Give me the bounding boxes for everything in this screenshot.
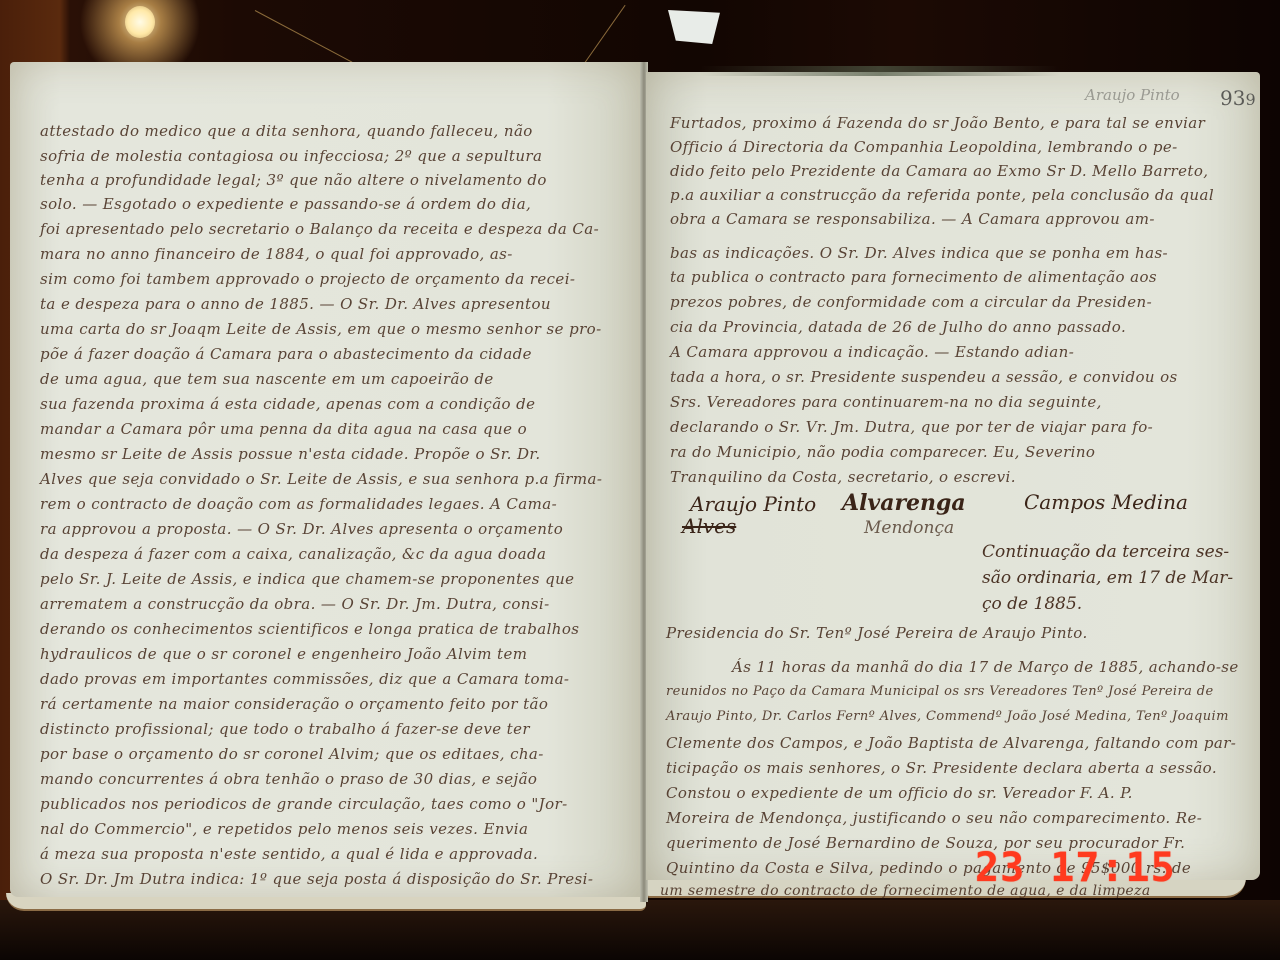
right-line: obra a Camara se responsabiliza. — A Cam… xyxy=(670,210,1155,228)
left-line: rá certamente na maior consideração o or… xyxy=(40,695,548,713)
body-line: ticipação os mais senhores, o Sr. Presid… xyxy=(666,759,1217,777)
signature-campos-medina: Campos Medina xyxy=(1024,490,1188,514)
left-line: mara no anno financeiro de 1884, o qual … xyxy=(40,245,513,263)
page-top-damage xyxy=(700,66,1060,76)
right-line: Tranquilino da Costa, secretario, o escr… xyxy=(670,468,1016,486)
left-line: á meza sua proposta n'este sentido, a qu… xyxy=(40,845,538,863)
body-line: Araujo Pinto, Dr. Carlos Fernº Alves, Co… xyxy=(666,709,1229,724)
left-line: mando concurrentes á obra tenhão o praso… xyxy=(40,770,537,788)
right-line: A Camara approvou a indicação. — Estando… xyxy=(670,343,1074,361)
camera-timestamp-overlay: 23 17:15 xyxy=(975,845,1176,891)
left-line: da despeza á fazer com a caixa, canaliza… xyxy=(40,545,546,563)
signature-mendonca: Mendonça xyxy=(864,518,954,538)
page-number: 939 xyxy=(1220,86,1256,110)
left-line: O Sr. Dr. Jm Dutra indica: 1º que seja p… xyxy=(40,870,593,888)
left-line: uma carta do sr Joaqm Leite de Assis, em… xyxy=(40,320,602,338)
body-line: Clemente dos Campos, e João Baptista de … xyxy=(666,734,1236,752)
session-heading-line3: ço de 1885. xyxy=(982,594,1082,614)
lamp-light xyxy=(125,6,155,38)
right-line: tada a hora, o sr. Presidente suspendeu … xyxy=(670,368,1178,386)
left-line: mandar a Camara pôr uma penna da dita ag… xyxy=(40,420,527,438)
right-line: Srs. Vereadores para continuarem-na no d… xyxy=(670,393,1102,411)
left-line: nal do Commercio", e repetidos pelo meno… xyxy=(40,820,528,838)
presidency-line: Presidencia do Sr. Tenº José Pereira de … xyxy=(666,624,1088,642)
page-number-value: 93 xyxy=(1220,86,1245,110)
left-line: de uma agua, que tem sua nascente em um … xyxy=(40,370,494,388)
right-line: declarando o Sr. Vr. Jm. Dutra, que por … xyxy=(670,418,1153,436)
left-line: sua fazenda proxima á esta cidade, apena… xyxy=(40,395,535,413)
body-line: reunidos no Paço da Camara Municipal os … xyxy=(666,684,1214,699)
right-page: Furtados, proximo á Fazenda do sr João B… xyxy=(646,72,1260,880)
left-line: ta e despeza para o anno de 1885. — O Sr… xyxy=(40,295,551,313)
left-line: pelo Sr. J. Leite de Assis, e indica que… xyxy=(40,570,574,588)
left-line: publicados nos periodicos de grande circ… xyxy=(40,795,568,813)
right-line: Officio á Directoria da Companhia Leopol… xyxy=(670,138,1178,156)
left-line: derando os conhecimentos scientificos e … xyxy=(40,620,579,638)
left-line: arrematem a construcção da obra. — O Sr.… xyxy=(40,595,550,613)
left-line: põe á fazer doação á Camara para o abast… xyxy=(40,345,532,363)
left-page: attestado do medico que a dita senhora, … xyxy=(10,62,642,897)
right-line: prezos pobres, de conformidade com a cir… xyxy=(670,293,1152,311)
left-line: distincto profissional; que todo o traba… xyxy=(40,720,530,738)
left-line: mesmo sr Leite de Assis possue n'esta ci… xyxy=(40,445,541,463)
session-heading-line1: Continuação da terceira ses- xyxy=(982,542,1229,562)
right-line: ta publica o contracto para fornecimento… xyxy=(670,268,1157,286)
page-number-suffix: 9 xyxy=(1245,90,1255,109)
right-line: dido feito pelo Prezidente da Camara ao … xyxy=(670,162,1208,180)
left-line: attestado do medico que a dita senhora, … xyxy=(40,122,533,140)
signature-alves: Alves xyxy=(682,514,736,538)
left-line: ra approvou a proposta. — O Sr. Dr. Alve… xyxy=(40,520,563,538)
left-line: por base o orçamento do sr coronel Alvim… xyxy=(40,745,544,763)
signature-alvarenga: Alvarenga xyxy=(842,490,966,516)
left-line: Alves que seja convidado o Sr. Leite de … xyxy=(40,470,602,488)
session-heading-line2: são ordinaria, em 17 de Mar- xyxy=(982,568,1233,588)
right-line: p.a auxiliar a construcção da referida p… xyxy=(670,186,1214,204)
right-line: cia da Provincia, datada de 26 de Julho … xyxy=(670,318,1126,336)
left-line: foi apresentado pelo secretario o Balanç… xyxy=(40,220,599,238)
left-line: rem o contracto de doação com as formali… xyxy=(40,495,557,513)
body-line: Ás 11 horas da manhã do dia 17 de Março … xyxy=(732,658,1239,676)
right-line: ra do Municipio, não podia comparecer. E… xyxy=(670,443,1095,461)
paper-scrap xyxy=(668,10,720,44)
left-line: dado provas em importantes commissões, d… xyxy=(40,670,569,688)
left-line: solo. — Esgotado o expediente e passando… xyxy=(40,195,531,213)
signature-araujo-pinto: Araujo Pinto xyxy=(690,492,816,516)
right-line: bas as indicações. O Sr. Dr. Alves indic… xyxy=(670,244,1168,262)
left-line: tenha a profundidade legal; 3º que não a… xyxy=(40,171,547,189)
left-line: sofria de molestia contagiosa ou infecci… xyxy=(40,147,542,165)
body-line: Moreira de Mendonça, justificando o seu … xyxy=(666,809,1202,827)
body-line: Constou o expediente de um officio do sr… xyxy=(666,784,1133,802)
left-line: hydraulicos de que o sr coronel e engenh… xyxy=(40,645,527,663)
pencil-note: Araujo Pinto xyxy=(1085,86,1180,104)
left-line: sim como foi tambem approvado o projecto… xyxy=(40,270,575,288)
right-line: Furtados, proximo á Fazenda do sr João B… xyxy=(670,114,1205,132)
